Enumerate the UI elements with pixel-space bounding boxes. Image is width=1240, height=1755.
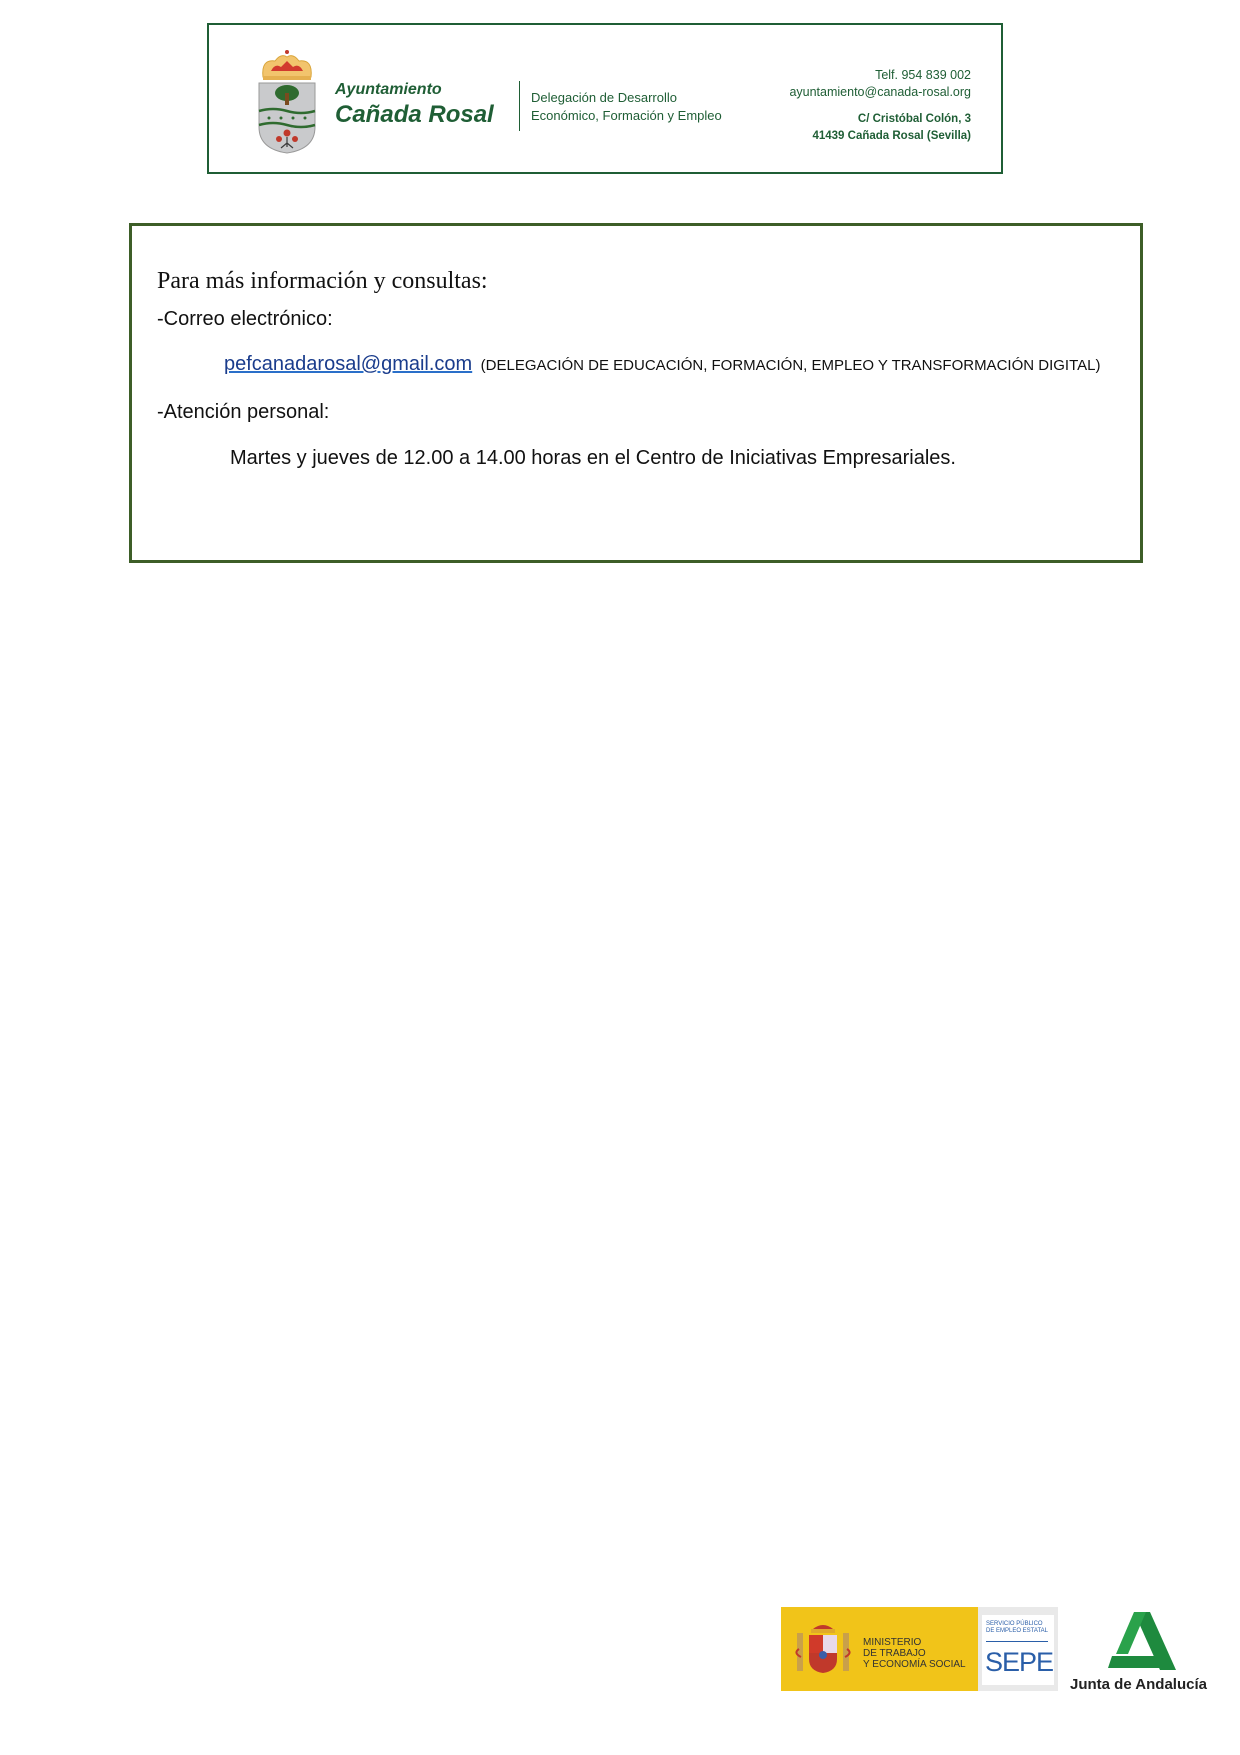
info-title: Para más información y consultas: [157,268,488,295]
delegation-line2: Económico, Formación y Empleo [531,107,722,125]
sepe-sub-line2: de Empleo Estatal [986,1628,1048,1635]
info-box: Para más información y consultas: -Corre… [129,223,1143,563]
ministry-line2: de Trabajo [863,1648,966,1659]
ministry-line1: Ministerio [863,1637,966,1648]
sepe-subtitle: Servicio Público de Empleo Estatal [986,1621,1048,1635]
email-link[interactable]: pefcanadarosal@gmail.com [224,353,472,375]
org-name-line2: Cañada Rosal [335,101,494,129]
ministry-name: Ministerio de Trabajo y Economía Social [863,1637,966,1670]
ministry-logo: Ministerio de Trabajo y Economía Social … [781,1607,1058,1691]
header-divider [519,81,520,131]
personal-attention-label: -Atención personal: [157,401,329,424]
email-label: -Correo electrónico: [157,308,333,331]
ministry-line3: y Economía Social [863,1659,966,1670]
phone-number: Telf. 954 839 002 [789,67,971,84]
municipal-coat-of-arms-icon [255,49,319,155]
contact-email[interactable]: ayuntamiento@canada-rosal.org [789,84,971,101]
sepe-divider [986,1641,1048,1642]
office-hours: Martes y jueves de 12.00 a 14.00 horas e… [230,447,956,470]
org-name-line1: Ayuntamiento [335,81,494,99]
delegation-line1: Delegación de Desarrollo [531,89,722,107]
sepe-logo: Servicio Público de Empleo Estatal SEPE [978,1607,1058,1691]
junta-andalucia-logo: Junta de Andalucía [1066,1612,1216,1698]
email-line: pefcanadarosal@gmail.com (DELEGACIÓN DE … [224,353,1100,376]
address-line2: 41439 Cañada Rosal (Sevilla) [789,128,971,145]
spain-coat-of-arms-icon [793,1619,853,1679]
letterhead: Ayuntamiento Cañada Rosal Delegación de … [207,23,1003,174]
contact-block: Telf. 954 839 002 ayuntamiento@canada-ro… [789,67,971,145]
email-note: (DELEGACIÓN DE EDUCACIÓN, FORMACIÓN, EMP… [481,357,1101,374]
sepe-sub-line1: Servicio Público [986,1621,1048,1628]
address-line1: C/ Cristóbal Colón, 3 [789,111,971,128]
junta-andalucia-name: Junta de Andalucía [1070,1676,1207,1693]
organization-name: Ayuntamiento Cañada Rosal [335,81,494,129]
junta-a-mark-icon [1106,1612,1176,1670]
delegation-name: Delegación de Desarrollo Económico, Form… [531,89,722,125]
sepe-wordmark: SEPE [985,1647,1053,1678]
